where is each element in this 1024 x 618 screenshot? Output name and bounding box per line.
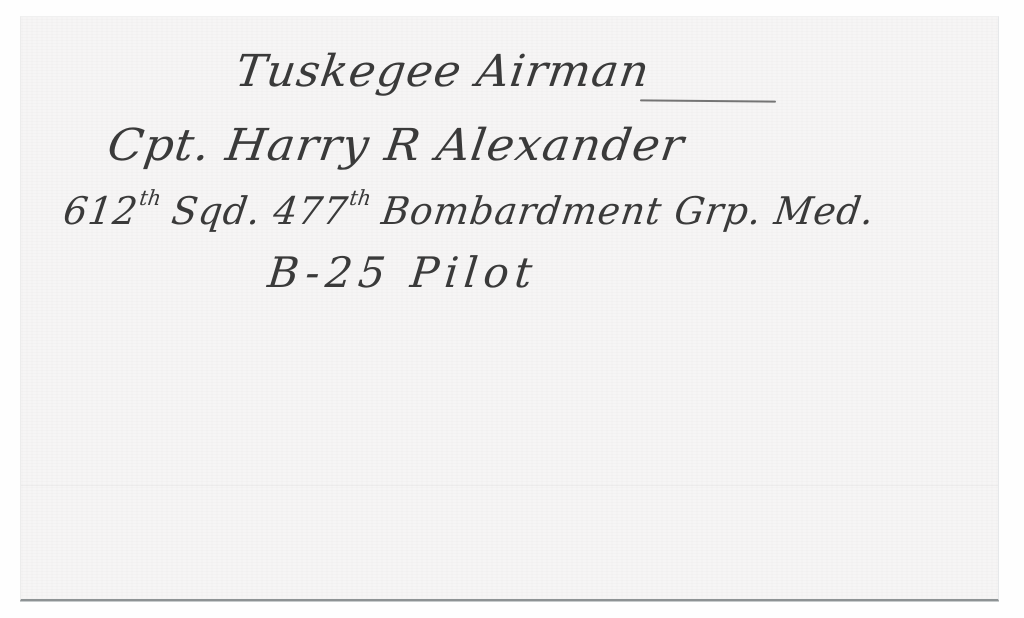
photo-background: Tuskegee Airman Cpt. Harry R Alexander 6… — [0, 0, 1024, 618]
handwritten-line-tuskegee-airman: Tuskegee Airman — [232, 46, 653, 97]
card-crease-line — [21, 485, 998, 486]
group-number: Sqd. 477 — [156, 189, 351, 233]
group-name: Bombardment Grp. Med. — [366, 189, 877, 233]
signed-index-card — [20, 16, 999, 601]
squadron-number: 612 — [61, 189, 141, 233]
handwritten-line-unit: 612th Sqd. 477th Bombardment Grp. Med. — [61, 186, 878, 233]
handwritten-line-name: Cpt. Harry R Alexander — [104, 120, 687, 171]
handwritten-line-aircraft-role: B-25 Pilot — [265, 248, 540, 297]
